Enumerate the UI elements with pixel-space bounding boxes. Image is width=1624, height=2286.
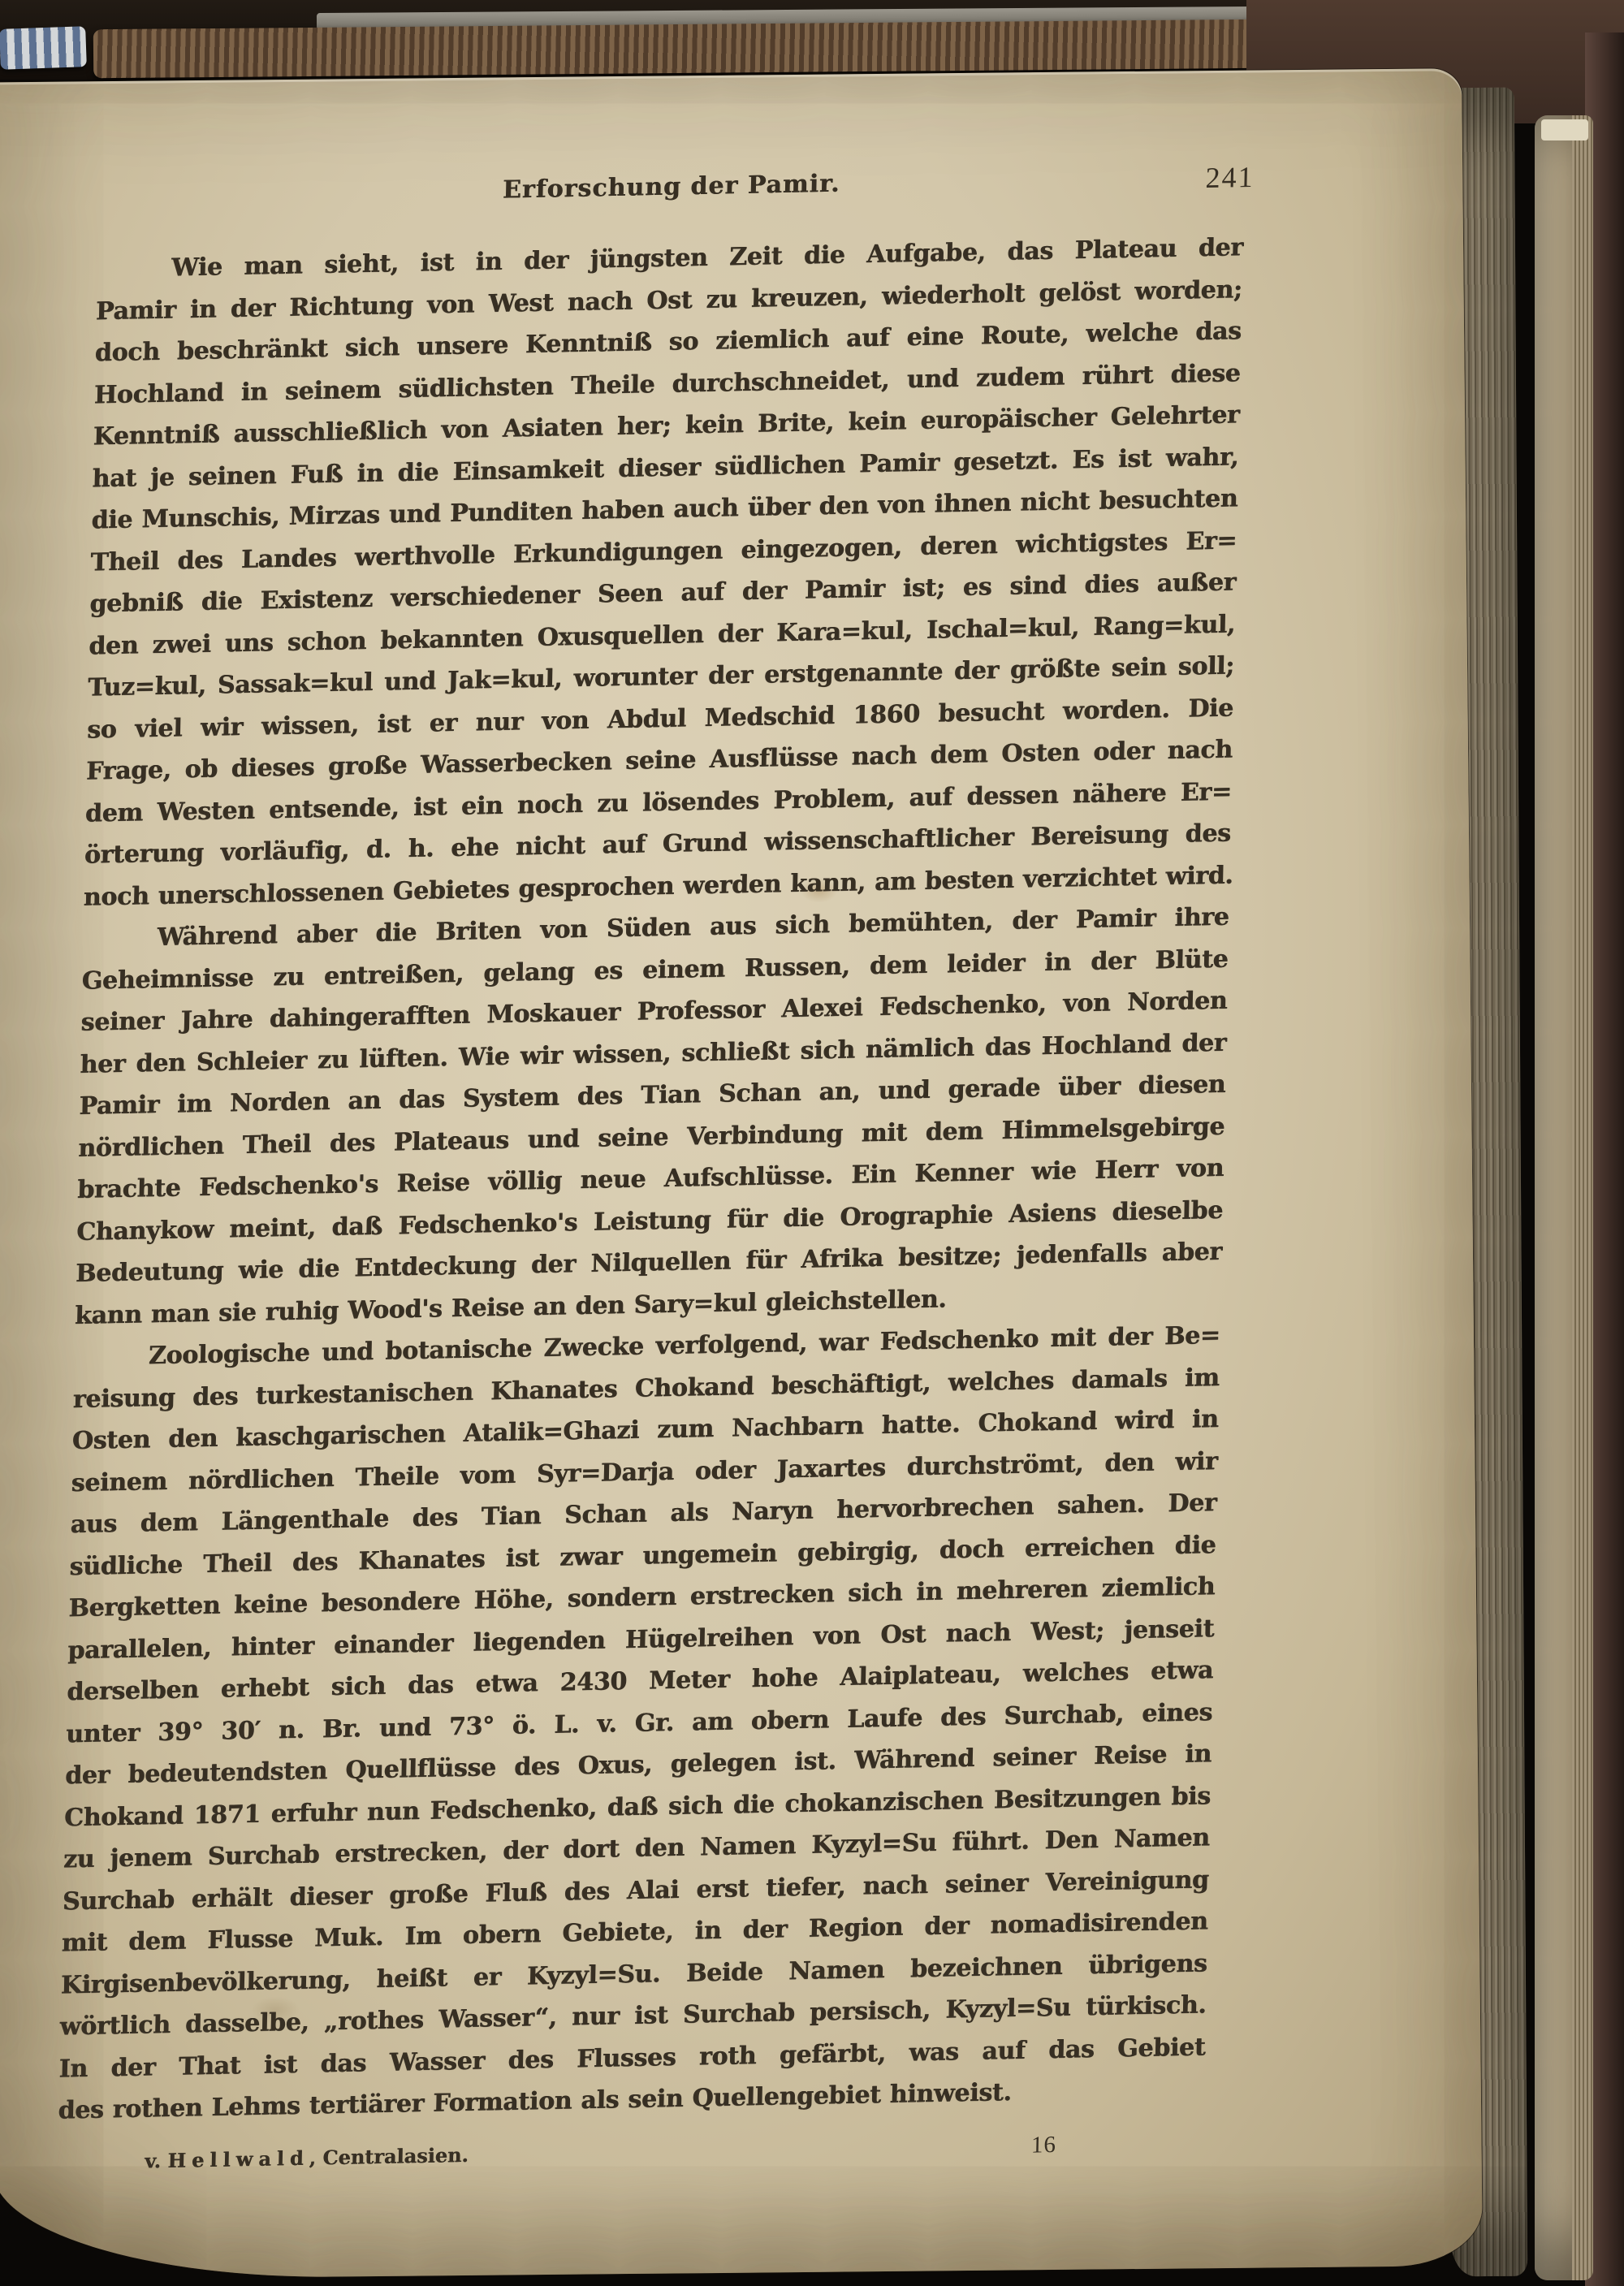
book-photo: Erforschung der Pamir. 241 Wie man sieht… bbox=[0, 0, 1624, 2286]
page-number: 241 bbox=[1205, 160, 1255, 195]
binding-weave-band bbox=[93, 19, 1263, 79]
underlying-page-block bbox=[1535, 115, 1593, 2280]
page-stack-striations bbox=[1572, 115, 1593, 2280]
underlying-page-tab bbox=[1541, 119, 1588, 140]
signature-mark: 16 bbox=[1031, 2131, 1057, 2159]
printed-content: Erforschung der Pamir. 241 Wie man sieht… bbox=[57, 162, 1245, 2183]
footer-abbrev: v. bbox=[145, 2149, 168, 2173]
body-text: Wie man sieht, ist in der jüngsten Zeit … bbox=[58, 227, 1243, 2132]
running-header-row: Erforschung der Pamir. 241 bbox=[97, 162, 1245, 219]
headband bbox=[0, 26, 87, 70]
running-header: Erforschung der Pamir. bbox=[98, 162, 1245, 212]
footer-row: v. Hellwald, Centralasien. 16 bbox=[57, 2128, 1204, 2183]
footer-author: Hellwald bbox=[167, 2146, 309, 2171]
book-page: Erforschung der Pamir. 241 Wie man sieht… bbox=[0, 68, 1483, 2280]
footer-work-title: , Centralasien. bbox=[309, 2142, 469, 2169]
